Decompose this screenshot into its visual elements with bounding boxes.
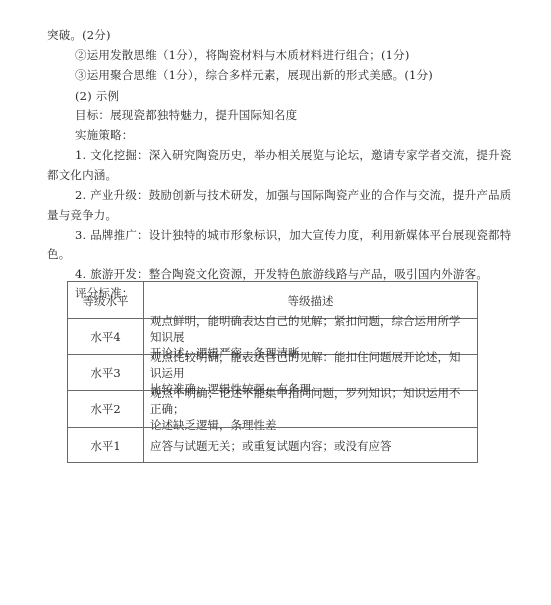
text-line: ③运用聚合思维（1分），综合多样元素，展现出新的形式美感。(1分) (75, 68, 433, 83)
description-cell: 观点不明确；论述不能集中指向问题，罗列知识；知识运用不正确；论述缺乏逻辑，条理性… (144, 391, 477, 427)
text-line: 2. 产业升级：鼓励创新与技术研发，加强与国际陶瓷产业的合作与交流，提升产品质 (75, 188, 511, 203)
text-line: 3. 品牌推广：设计独特的城市形象标识，加大宣传力度，利用新媒体平台展现瓷都特 (75, 228, 511, 243)
level-cell: 水平4 (68, 319, 144, 354)
text-line: 4. 旅游开发：整合陶瓷文化资源，开发特色旅游线路与产品，吸引国内外游客。 (75, 267, 488, 282)
description-cell: 应答与试题无关；或重复试题内容；或没有应答 (144, 428, 477, 463)
text-line: 目标：展现瓷都独特魅力，提升国际知名度 (75, 108, 297, 123)
description-line: 观点不明确；论述不能集中指向问题，罗列知识；知识运用不正确； (150, 385, 471, 417)
text-line: 实施策略： (75, 128, 134, 143)
table-row: 水平1应答与试题无关；或重复试题内容；或没有应答 (68, 427, 477, 463)
text-line: 突破。(2分) (47, 28, 111, 43)
text-line: 都文化内涵。 (47, 168, 117, 183)
text-line: 1. 文化挖掘：深入研究陶瓷历史，举办相关展览与论坛，邀请专家学者交流，提升瓷 (75, 148, 511, 163)
text-line: 量与竞争力。 (47, 208, 117, 223)
table-row: 水平2观点不明确；论述不能集中指向问题，罗列知识；知识运用不正确；论述缺乏逻辑，… (68, 390, 477, 427)
text-line: 色。 (47, 247, 70, 262)
text-line: ②运用发散思维（1分），将陶瓷材料与木质材料进行组合；(1分) (75, 48, 410, 63)
text-line: (2) 示例 (75, 89, 119, 104)
header-level: 等级水平 (68, 282, 144, 319)
description-line: 应答与试题无关；或重复试题内容；或没有应答 (150, 438, 471, 454)
level-cell: 水平3 (68, 355, 144, 390)
scoring-table: 等级水平 等级描述 水平4观点鲜明，能明确表达自己的见解；紧扣问题，综合运用所学… (67, 281, 478, 463)
description-line: 观点比较明确，能表达自己的见解：能扣住问题展开论述，知识运用 (150, 349, 471, 381)
description-line: 观点鲜明，能明确表达自己的见解；紧扣问题，综合运用所学知识展 (150, 313, 471, 345)
level-cell: 水平2 (68, 391, 144, 427)
level-cell: 水平1 (68, 428, 144, 463)
